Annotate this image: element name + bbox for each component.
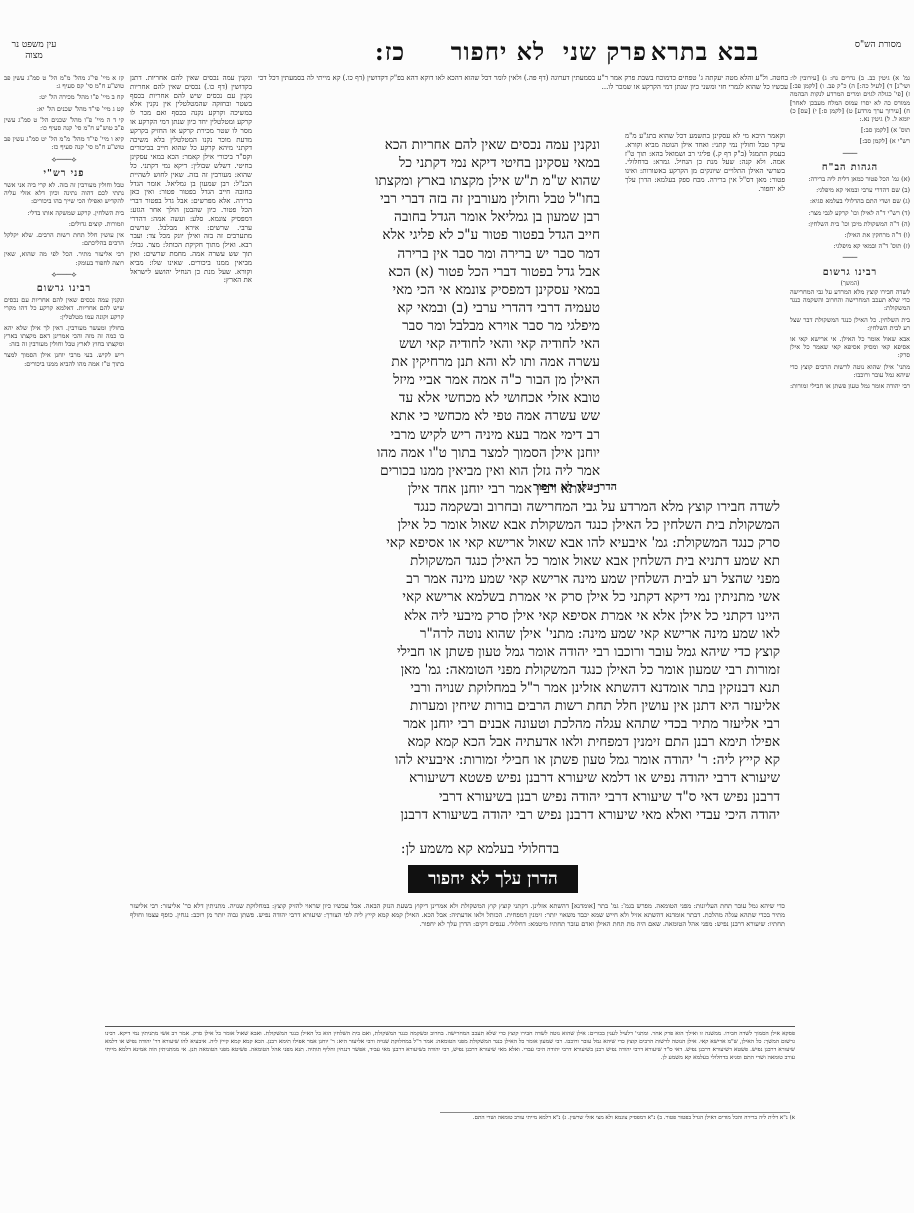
daf-number: כז: [360,38,420,66]
rabbeinu-gershom-entry: ונקנין עמה נכסים שאין להם אחריות עם נכסי… [4,296,124,321]
gemara-line: האילן מן הבור כ"ה אמה אמר אביי מיזל [340,371,600,389]
masoret-hashas-label: מסורת הש"ס [848,40,908,51]
gemara-line: סרק כנגד המשקולת: גמ' איבעיא להו אבא שאו… [260,534,780,552]
bottom-commentary-text: פסקא אילן הסמוך לשדה חבירו. ממשנה זו ואי… [105,1031,795,1061]
gemara-line: היינו דקתני כל אילן אלא אי אמרת אסיפא קא… [260,607,780,625]
hagahot-bach-entry: (א) גמ' הכל פטור כמאן דלית ליה ברירה: [790,175,910,183]
rabbeinu-gershom-heading-left: רבינו גרשום [4,285,124,293]
gemara-line: אפילו תימא רבנן התם זימנין דמפחית ולאו א… [260,733,780,751]
gemara-line: אמר ליה גזלן הוא ואין מביאין ממנו בכורים [340,462,600,480]
gemara-line: האי לחודיה קאי והאי לחודיה קאי ושש [340,335,600,353]
ein-mishpat-entry: קי ד ה מיי' פ"ו מהל' שכנים הל' ט סמ"ג עש… [4,116,124,132]
masoret-hashas-entry: גמ' א) גיטין כב. ב) נדרים נח: ג) [עירובי… [790,74,910,123]
ein-mishpat-entry: קט ג מיי' פי"ד מהל' שכנים הל' יא: [4,105,124,113]
gemara-line: בחו"ל טבל וחולין מעורבין זה בזה דברי רבי [340,190,600,208]
bottom-commentary: פסקא אילן הסמוך לשדה חבירו. ממשנה זו ואי… [105,1030,795,1112]
footnote-divider [440,1112,790,1113]
gemara-line: שש עשרה אמה טפי לא מכחשי כי אתא [340,407,600,425]
gemara-line: אבל גדל בפטור דברי הכל פטור (א) הכא [340,263,600,281]
rashi-side-text: וקאמר היכא מי לא עסקינן בתשמע דכל שהוא ב… [625,132,785,193]
talmud-page: עין משפט נר מצוה כז: לא יחפור פרק שני בב… [0,0,914,1213]
gemara-line: רב דימי אמר בעא מיניה ריש לקיש מרבי [340,426,600,444]
pnei-rashi-entry: רבי אליעזר מתיר. הכל לפי מה שהוא, שאין ר… [4,250,124,266]
rashi-top-commentary: בחטה. ול"ע והלא מטה יעקתה ג' טפחים כדמוכ… [258,74,788,132]
left-margin-column: קז א מיי' פי"ג מהל' מ"מ הל' ט סמ"ג עשין … [4,74,124,1134]
gemara-ending-line: בדחלולי בעלמא קא משמע לן: [260,840,700,858]
pnei-rashi-entry: אין עושין חלל תחת רשות הרבים. שלא יקלקל … [4,231,124,247]
gemara-line: טעמיה דרבי דהדרי ערבי (ב) ובמאי קא [340,299,600,317]
perek-name: לא יחפור [448,38,548,66]
perek-number: פרק שני [560,38,650,66]
gemara-line: זמורות רבי שמעון אומר כל האילן כנגד המשק… [260,661,780,679]
section-divider [105,1026,795,1027]
hadran-box-heading: הדרן עלך לא יחפור [408,865,578,893]
hagahot-bach-entry: (ז) תוס' ד"ה ובמאי קא מיפלגי: [790,242,910,250]
hadran-inline-heading: הדרן עלך לא יחפור [500,480,650,494]
gemara-line: המשקולת בית השלחין כל האילן כנגד המשקולת… [260,516,780,534]
pnei-rashi-heading: פני רש"י [4,170,124,178]
gemara-line: במאי עסקינן בחיטי דיקא נמי דקתני כל [340,154,600,172]
gemara-line: דמר סבר יש ברירה ומר סבר אין ברירה [340,245,600,263]
hagahot-bach-entry: (ה) ד"ה המשקולת מיכן וכו' בית השלחין: [790,220,910,228]
gemara-line: לאו שמע מינה ארישא קאי שמע מינה: מתני' א… [260,625,780,643]
gemara-line: רבן שמעון בן גמליאל אומר הגדל בחובה [340,208,600,226]
ein-mishpat-entry: קז א מיי' פי"ג מהל' מ"מ הל' ט סמ"ג עשין … [4,74,124,90]
gemara-line: עשרה אמה ותו לא והא תנן מרחיקין את [340,353,600,371]
tractate-title: בבא בתרא [645,38,765,66]
gemara-line: רבי אליעזר מתיר בכדי שתהא עגלה מהלכת וטע… [260,715,780,733]
gemara-line: תנא דבנזקין בתר אומדנא דהשתא אזלינן אמר … [260,679,780,697]
footnotes-text: א) נ"א דלית ליה ברירה והכל מודים דאילן ה… [473,1115,795,1121]
ornament-divider-icon: ⟡───⟡ [4,271,124,279]
ein-mishpat-label: עין משפט נר מצוה [4,40,64,62]
rashi-wide-commentary: כדי שיהא גמל עובר תחת העליונות: מפני הטו… [130,902,785,1022]
rabbeinu-gershom-entry: בית השלחין. כל האילן כנגד המשקולת דבר שצ… [790,316,910,332]
rabbeinu-gershom-entry: ריש לקיש. בעי מרבי יוחנן אילן הסמוך למצר… [4,351,124,367]
rabbeinu-gershom-heading-right: רבינו גרשום [790,269,910,277]
rabbeinu-gershom-entry: בחולין ומעשר מעורבין. דאין לך אילן שלא י… [4,324,124,349]
rabbeinu-gershom-entry: מתני' אילן שהוא נוטה לרשות הרבים קוצץ כד… [790,363,910,379]
footnotes: א) נ"א דלית ליה ברירה והכל מודים דאילן ה… [105,1114,795,1134]
pnei-rashi-entry: בית השלחין. קרקע שמשקה אותו בדלי: [4,209,124,217]
hagahot-bach-entry: (ג) שם ושדי התם בהדלולי בעלמא סגיא: [790,197,910,205]
gemara-line: טובא אזלי אכחושי לא מכחשי אלא עד [340,389,600,407]
page-header: עין משפט נר מצוה כז: לא יחפור פרק שני בב… [0,38,914,68]
pnei-rashi-entry: טבל וחולין מעורבין זה בזה. לא קרי ביה אנ… [4,181,124,206]
hagahot-bach-entry: (ו) ד"ה מרחקין את האילן: [790,231,910,239]
gemara-line: אליעזר היא דתנן אין עושין חלל תחת רשות ה… [260,697,780,715]
hagahot-bach-entry: (ב) שם דהדרי ערבי ובמאי קא מיפלגי: [790,186,910,194]
masoret-hashas-entry: רש"י א) [לקמן סב:] [790,137,910,145]
hagahot-bach-entry: (ד) רש"י ד"ה לאילן וכו' קרקע לגבי מצר: [790,209,910,217]
ornament-divider-icon: ⟡───⟡ [4,156,124,164]
ein-mishpat-entry: קיא ו מיי' פי"ד מהל' מ"מ הל' יט סמ"ג עשי… [4,135,124,151]
gemara-line: מפני שהצל רע לבית השלחין שמע מינה ארישא … [260,570,780,588]
ornament-divider-icon: ─── [790,254,910,262]
gemara-main-text-upper: ונקנין עמה נכסים שאין להם אחריות הכא במא… [340,136,600,498]
masoret-hashas-entry: תוס' א) [לקמן סב:] [790,126,910,134]
gemara-line: קא קייץ ליה: ר' יהודה אומר גמל טעון פשתן… [260,751,780,769]
gemara-line: יהודה היכי עבדי ואלא מאי שיעורא דרבנן נפ… [260,806,780,824]
gemara-line: שיעורא דרבי יהודה נפיש או דלמא שיעורא דר… [260,769,780,787]
gemara-line: שהוא ש"מ ת"ש אילן מקצתו בארץ ומקצתו [340,172,600,190]
gemara-main-text-lower: לשדה חבירו קוצץ מלא המרדע על גבי המחרישה… [260,498,780,824]
rabbeinu-gershom-entry: לשדה חבירו קוצץ מלא המרדע על גבי המחרישה… [790,288,910,313]
gemara-line: חייב הגדל בפטור פטור ע"כ לא פליגי אלא [340,226,600,244]
rashi-wide-text: כדי שיהא גמל עובר תחת העליונות: מפני הטו… [130,902,785,928]
rashi-side-commentary: וקאמר היכא מי לא עסקינן בתשמע דכל שהוא ב… [625,132,785,462]
ornament-divider-icon: ─── [790,150,910,158]
rabbeinu-gershom-entry: רבי יהודה אומר גמל טעון פשתן או חבילי זמ… [790,382,910,390]
rashi-top-text: בחטה. ול"ע והלא מטה יעקתה ג' טפחים כדמוכ… [258,74,788,91]
pnei-rashi-entry: וזמורות. קוצים גדולים: [4,220,124,228]
rabbeinu-gershom-subtitle: (המשך) [790,280,910,288]
gemara-line: יוחנן אילן הסמוך למצר בתוך ט"ו אמה מהו [340,444,600,462]
tosafot-text: ונקנין עמה נכסים שאין להם אחריות. דתנן ב… [130,74,252,284]
gemara-line: קוצץ כדי שיהא גמל עובר ורוכבו רבי יהודה … [260,643,780,661]
ein-mishpat-entry: קח ב מיי' פ"ו מהל' מכירה הל' יט: [4,93,124,101]
gemara-line: ונקנין עמה נכסים שאין להם אחריות הכא [340,136,600,154]
rabbeinu-gershom-entry: אבא שאול אומר כל האילן. אי ארישא קאי או … [790,335,910,360]
gemara-line: תא שמע דתניא בית השלחין אבא שאול אומר כל… [260,552,780,570]
hagahot-bach-heading: הגהות הב"ח [790,164,910,172]
gemara-line: אשי מתניתין נמי דיקא דקתני כל אילן סרק א… [260,588,780,606]
gemara-line: מיפלגי מר סבר אוירא מבלבל ומר סבר [340,317,600,335]
gemara-line: דרבנן נפיש דאי ס"ד שיעורא דרבי יהודה נפי… [260,788,780,806]
gemara-line: במאי עסקינן דמפסיק צונמא אי הכי מאי [340,281,600,299]
tosafot-side-commentary: ונקנין עמה נכסים שאין להם אחריות. דתנן ב… [130,74,252,674]
gemara-line: לשדה חבירו קוצץ מלא המרדע על גבי המחרישה… [260,498,780,516]
right-margin-column: גמ' א) גיטין כב. ב) נדרים נח: ג) [עירובי… [790,74,910,1134]
